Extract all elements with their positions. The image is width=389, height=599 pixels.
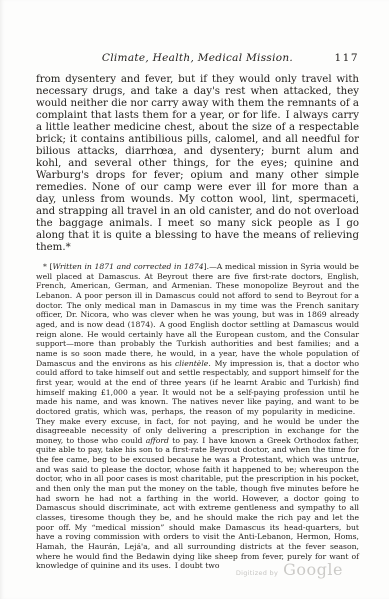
watermark: Digitized by Google <box>236 560 343 579</box>
text-column: Climate, Health, Medical Mission. 117 fr… <box>36 0 359 571</box>
page-header: Climate, Health, Medical Mission. 117 <box>36 52 359 64</box>
footnote: * [Written in 1871 and corrected in 1874… <box>36 262 359 571</box>
body-paragraph: from dysentery and fever, but if they wo… <box>36 74 359 254</box>
running-title: Climate, Health, Medical Mission. <box>102 52 293 64</box>
google-logo: Google <box>283 560 343 579</box>
book-page: Climate, Health, Medical Mission. 117 fr… <box>0 0 389 599</box>
digitized-by-label: Digitized by <box>236 569 278 577</box>
page-number: 117 <box>334 52 359 64</box>
